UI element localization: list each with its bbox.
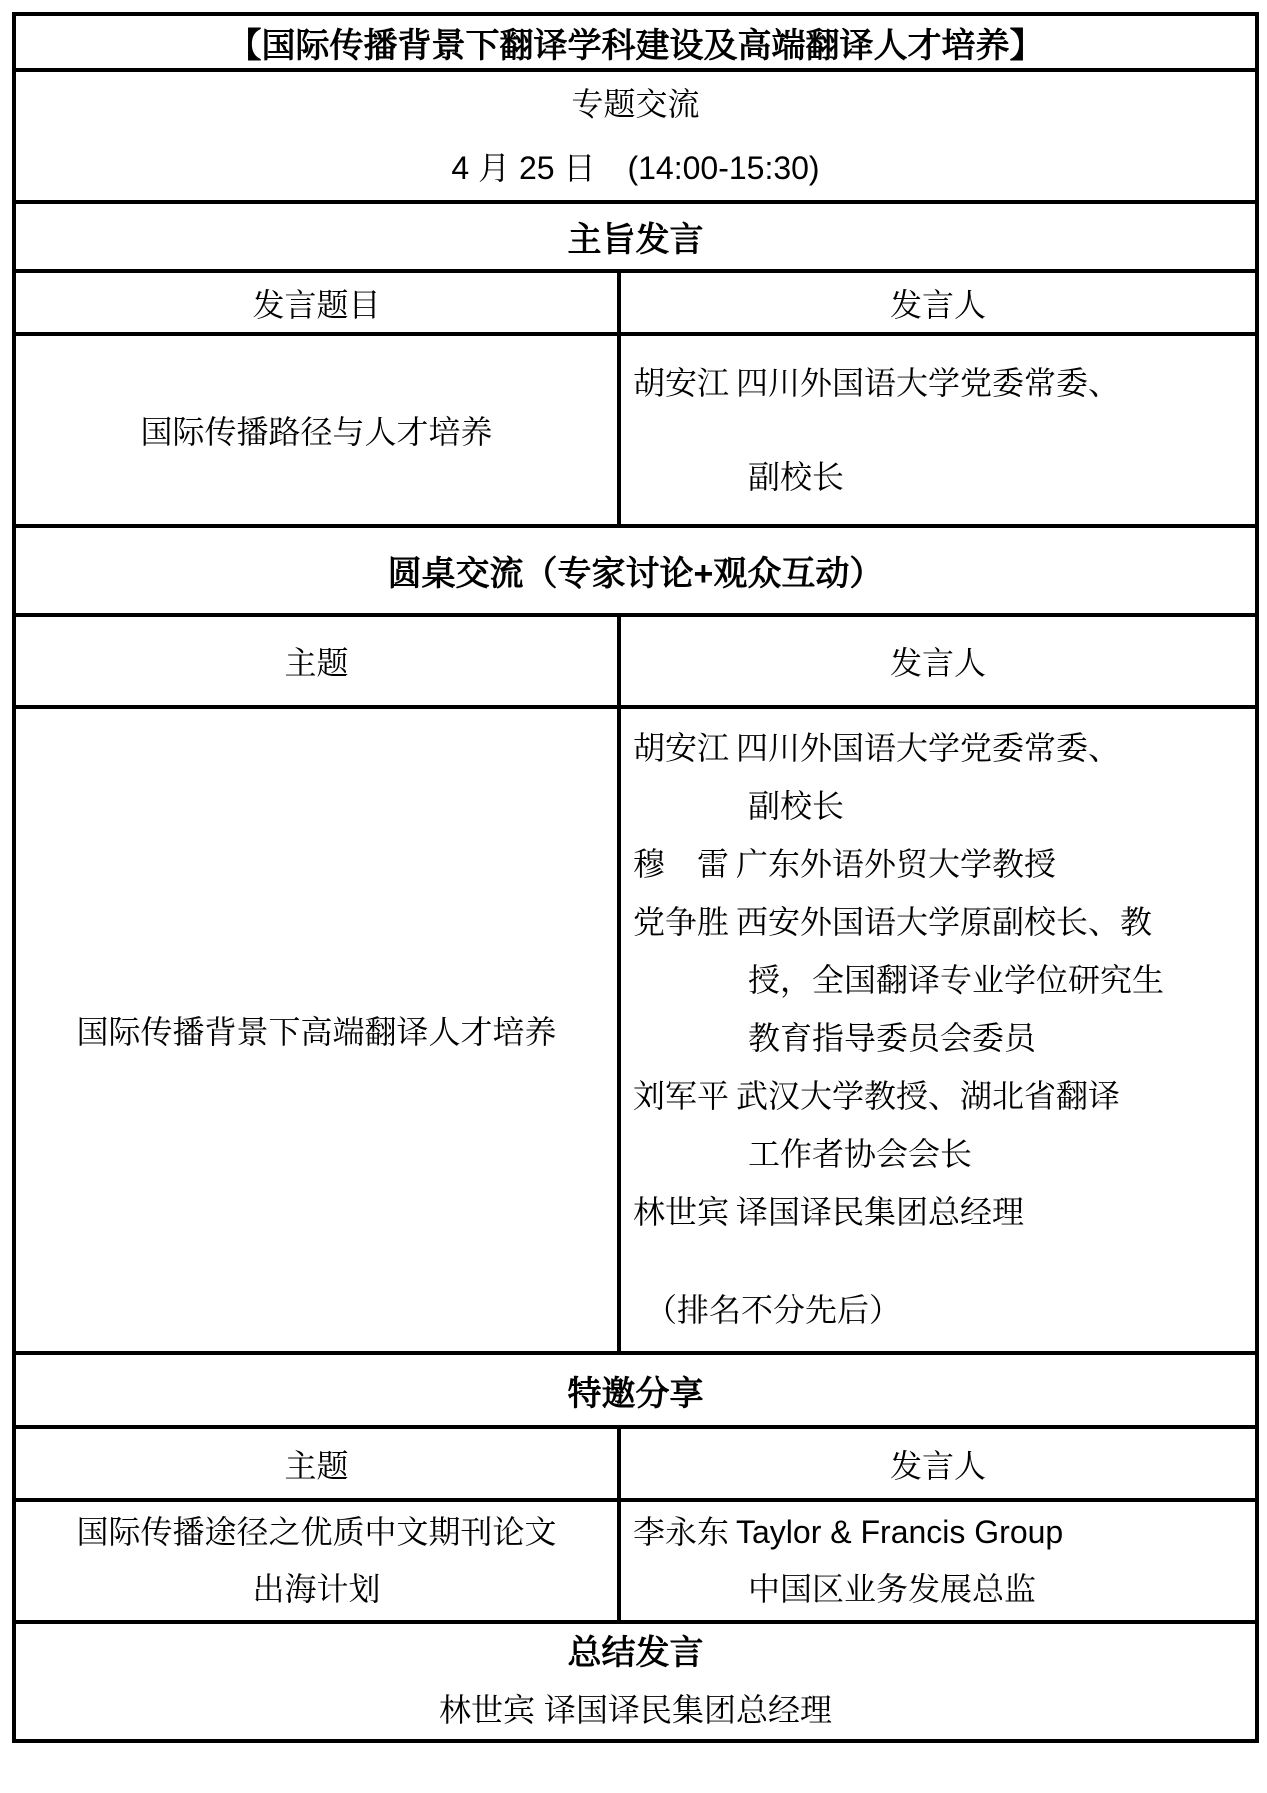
col-header-speaker: 发言人: [619, 1427, 1257, 1500]
invited-speaker-cell: 李永东Taylor & Francis Group 中国区业务发展总监: [619, 1500, 1257, 1622]
roundtable-ranking-note: （排名不分先后）: [633, 1281, 1249, 1339]
keynote-header-row: 发言题目 发言人: [14, 271, 1257, 334]
closing-section-title: 总结发言: [16, 1625, 1255, 1682]
keynote-section-title: 主旨发言: [14, 202, 1257, 271]
speaker-org-line: 副校长: [748, 430, 1249, 524]
speaker-entry: 李永东Taylor & Francis Group: [633, 1504, 1249, 1561]
invited-data-row: 国际传播途径之优质中文期刊论文 出海计划 李永东Taylor & Francis…: [14, 1500, 1257, 1622]
conference-agenda-table: 【国际传播背景下翻译学科建设及高端翻译人才培养】 专题交流 4 月 25 日 (…: [12, 12, 1259, 1743]
col-header-speaker: 发言人: [619, 615, 1257, 707]
speaker-name: 林世宾: [633, 1183, 736, 1241]
speaker-org-line: 武汉大学教授、湖北省翻译: [736, 1078, 1120, 1114]
col-header-topic: 主题: [14, 615, 619, 707]
roundtable-data-row: 国际传播背景下高端翻译人才培养 胡安江四川外国语大学党委常委、 副校长 穆 雷广…: [14, 707, 1257, 1353]
speaker-name: 胡安江: [633, 336, 736, 430]
roundtable-section-row: 圆桌交流（专家讨论+观众互动）: [14, 526, 1257, 615]
invited-topic-cell: 国际传播途径之优质中文期刊论文 出海计划: [14, 1500, 619, 1622]
speaker-entry: 刘军平武汉大学教授、湖北省翻译 工作者协会会长: [633, 1067, 1249, 1183]
speaker-entry: 胡安江四川外国语大学党委常委、: [633, 336, 1249, 430]
invited-header-row: 主题 发言人: [14, 1427, 1257, 1500]
speaker-name: 李永东: [633, 1504, 736, 1561]
title-row: 【国际传播背景下翻译学科建设及高端翻译人才培养】: [14, 14, 1257, 70]
keynote-topic: 国际传播路径与人才培养: [14, 334, 619, 526]
speaker-name: 胡安江: [633, 719, 736, 777]
col-header-speaker: 发言人: [619, 271, 1257, 334]
speaker-org-line: 译国译民集团总经理: [736, 1194, 1024, 1230]
speaker-org-line: 副校长: [748, 777, 1249, 835]
speaker-org-line: 广东外语外贸大学教授: [736, 846, 1056, 882]
keynote-section-row: 主旨发言: [14, 202, 1257, 271]
session-datetime: 4 月 25 日 (14:00-15:30): [16, 136, 1255, 200]
roundtable-speaker-cell: 胡安江四川外国语大学党委常委、 副校长 穆 雷广东外语外贸大学教授 党争胜西安外…: [619, 707, 1257, 1353]
speaker-entry: 林世宾译国译民集团总经理: [633, 1183, 1249, 1241]
invited-section-row: 特邀分享: [14, 1353, 1257, 1427]
speaker-org-line: 四川外国语大学党委常委、: [736, 730, 1120, 766]
speaker-name: 穆 雷: [633, 835, 736, 893]
session-row: 专题交流 4 月 25 日 (14:00-15:30): [14, 70, 1257, 202]
speaker-org-line: 工作者协会会长: [748, 1125, 1249, 1183]
keynote-data-row: 国际传播路径与人才培养 胡安江四川外国语大学党委常委、 副校长: [14, 334, 1257, 526]
roundtable-header-row: 主题 发言人: [14, 615, 1257, 707]
speaker-name: 刘军平: [633, 1067, 736, 1125]
col-header-topic: 主题: [14, 1427, 619, 1500]
speaker-entry: 胡安江四川外国语大学党委常委、 副校长: [633, 719, 1249, 835]
col-header-topic: 发言题目: [14, 271, 619, 334]
invited-topic-line: 出海计划: [16, 1561, 617, 1618]
page-title: 【国际传播背景下翻译学科建设及高端翻译人才培养】: [14, 14, 1257, 70]
closing-speaker: 林世宾 译国译民集团总经理: [16, 1682, 1255, 1739]
speaker-entry: 穆 雷广东外语外贸大学教授: [633, 835, 1249, 893]
speaker-org-line: 四川外国语大学党委常委、: [736, 365, 1120, 401]
speaker-entry: 党争胜西安外国语大学原副校长、教 授，全国翻译专业学位研究生 教育指导委员会委员: [633, 893, 1249, 1067]
speaker-org-line: Taylor & Francis Group: [736, 1514, 1063, 1550]
speaker-org-line: 授，全国翻译专业学位研究生: [748, 951, 1249, 1009]
speaker-name: 党争胜: [633, 893, 736, 951]
closing-row: 总结发言 林世宾 译国译民集团总经理: [14, 1622, 1257, 1741]
speaker-org-line: 中国区业务发展总监: [748, 1561, 1249, 1618]
speaker-org-line: 教育指导委员会委员: [748, 1009, 1249, 1067]
roundtable-section-title: 圆桌交流（专家讨论+观众互动）: [14, 526, 1257, 615]
keynote-speaker-cell: 胡安江四川外国语大学党委常委、 副校长: [619, 334, 1257, 526]
session-title: 专题交流: [16, 72, 1255, 136]
invited-topic-line: 国际传播途径之优质中文期刊论文: [16, 1504, 617, 1561]
roundtable-topic: 国际传播背景下高端翻译人才培养: [14, 707, 619, 1353]
speaker-org-line: 西安外国语大学原副校长、教: [736, 904, 1152, 940]
invited-section-title: 特邀分享: [14, 1353, 1257, 1427]
